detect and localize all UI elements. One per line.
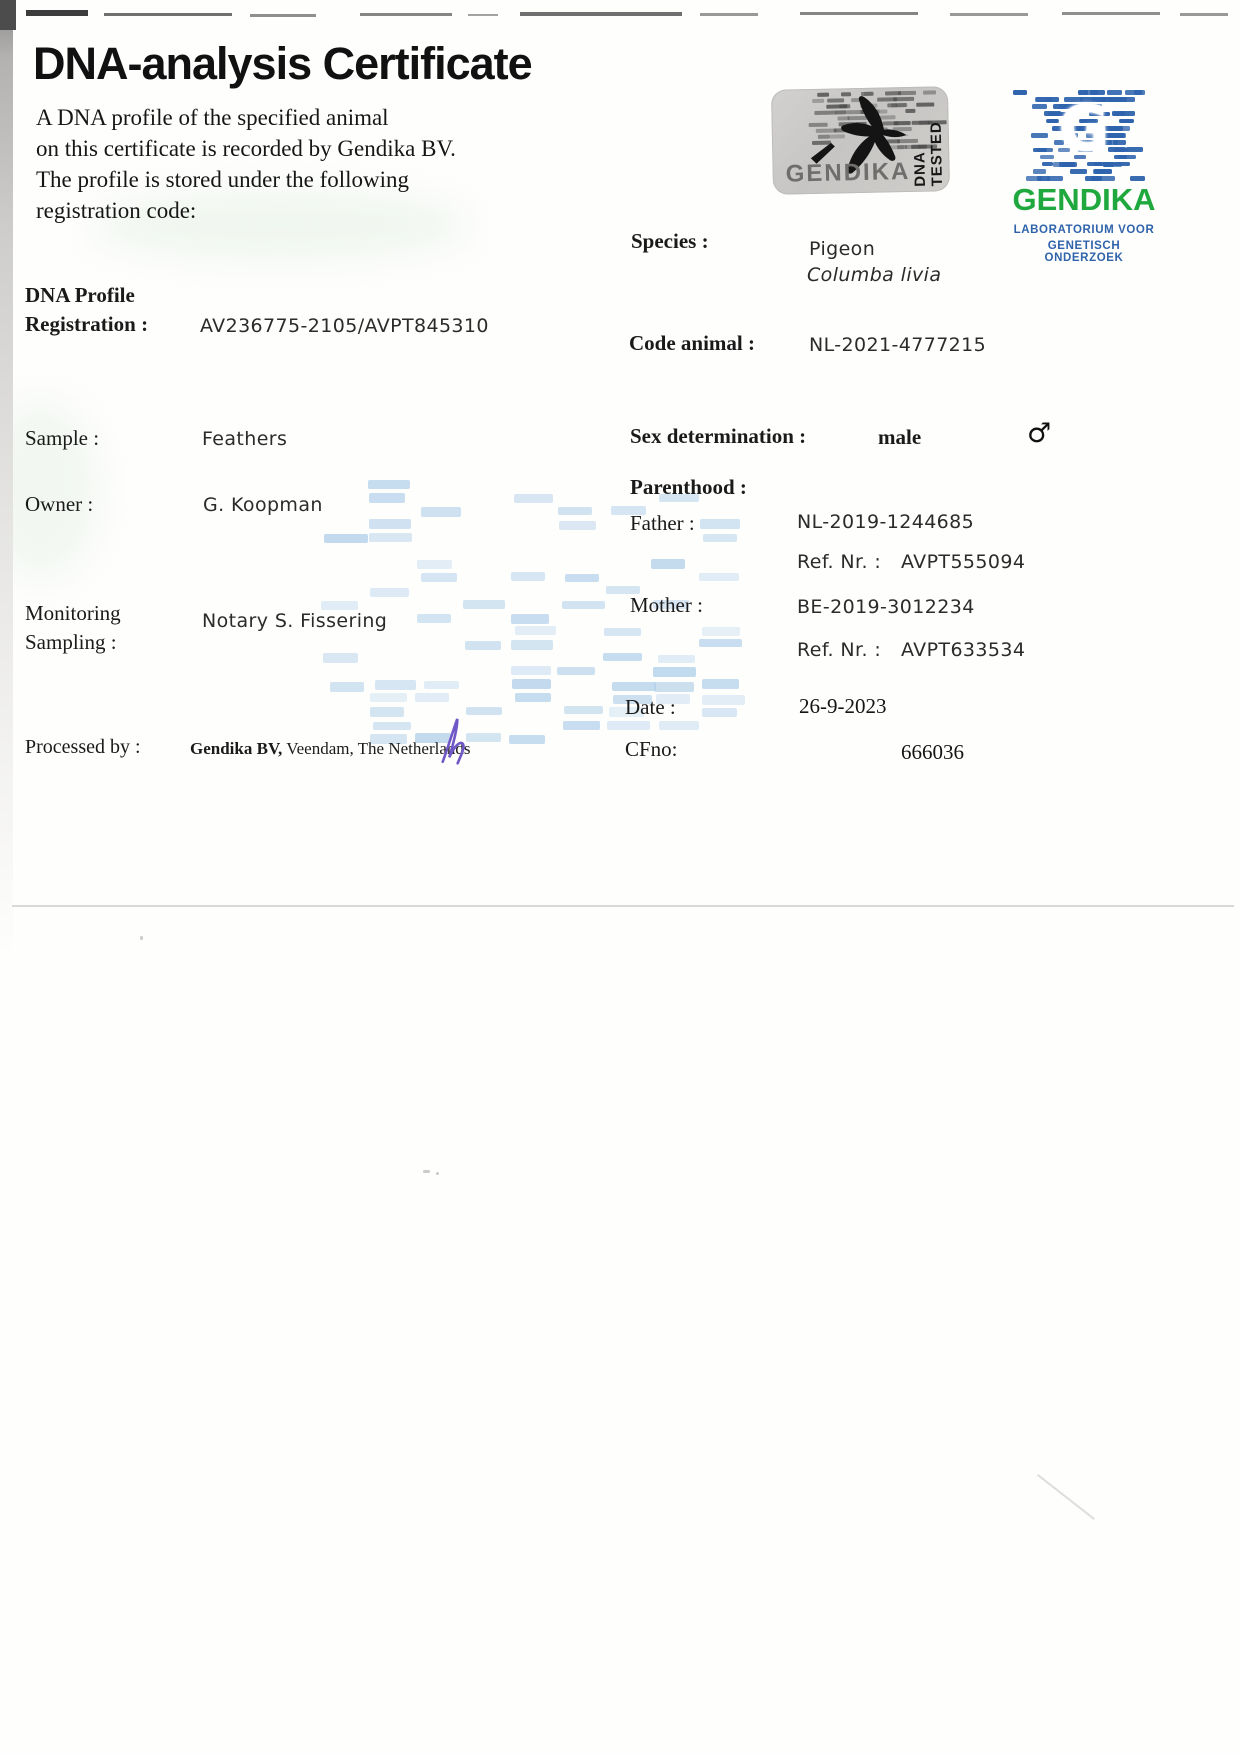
sex-determination-value: male — [878, 425, 921, 450]
father-ref-label: Ref. Nr. : — [797, 551, 881, 573]
scan-speck — [140, 936, 143, 940]
species-value: Pigeon — [809, 238, 875, 260]
code-animal-label: Code animal : — [629, 331, 755, 356]
dna-tested-stamp: GENDIKA DNA TESTED — [771, 86, 950, 195]
page-title: DNA-analysis Certificate — [33, 38, 532, 90]
date-label: Date : — [625, 695, 676, 720]
processed-by-company: Gendika BV, — [190, 739, 282, 758]
mother-ref-label: Ref. Nr. : — [797, 639, 881, 661]
stamp-brand-text: GENDIKA — [785, 158, 910, 189]
registration-label-line2: Registration : — [25, 312, 148, 337]
scan-speck — [423, 1170, 430, 1173]
registration-label-line1: DNA Profile — [25, 283, 135, 308]
logo-brand-text: GENDIKA — [1008, 182, 1160, 218]
logo-subtitle-line1: LABORATORIUM VOOR — [1008, 224, 1160, 236]
species-latin-name: Columba livia — [807, 264, 941, 286]
cfno-label: CFno: — [625, 737, 678, 762]
cfno-value: 666036 — [901, 740, 964, 765]
species-label: Species : — [631, 229, 709, 254]
sample-label: Sample : — [25, 426, 99, 451]
signature-mark — [438, 715, 473, 768]
sample-value: Feathers — [202, 428, 287, 450]
mother-label: Mother : — [630, 593, 703, 618]
registration-value: AV236775-2105/AVPT845310 — [200, 315, 489, 337]
signature-icon — [438, 715, 473, 768]
scan-crease-mark — [1037, 1474, 1095, 1520]
processed-by-label: Processed by : — [25, 736, 141, 759]
owner-label: Owner : — [25, 492, 93, 517]
father-ref-value: AVPT555094 — [901, 551, 1025, 573]
sex-determination-label: Sex determination : — [630, 424, 806, 449]
gendika-logo: G GENDIKA LABORATORIUM VOOR GENETISCH ON… — [1008, 86, 1160, 258]
scan-horizontal-fold-line — [12, 905, 1234, 907]
monitoring-label-line1: Monitoring — [25, 601, 121, 626]
intro-paragraph: A DNA profile of the specified animal on… — [36, 102, 456, 226]
scan-corner-artifact — [0, 0, 16, 30]
male-symbol-icon: ♂ — [1027, 418, 1051, 449]
scan-left-edge-shadow — [0, 0, 13, 960]
owner-value: G. Koopman — [203, 494, 323, 516]
code-animal-value: NL-2021-4777215 — [809, 334, 986, 356]
monitoring-value: Notary S. Fissering — [202, 610, 387, 632]
logo-subtitle-line2: GENETISCH ONDERZOEK — [1008, 240, 1160, 264]
processed-by-value: Gendika BV, Veendam, The Netherlands — [190, 739, 471, 759]
stamp-dna-tested-text: DNA TESTED — [910, 90, 946, 187]
date-value: 26-9-2023 — [799, 694, 887, 719]
mother-ref-value: AVPT633534 — [901, 639, 1025, 661]
father-label: Father : — [630, 511, 695, 536]
parenthood-label: Parenthood : — [630, 475, 747, 500]
monitoring-label-line2: Sampling : — [25, 630, 117, 655]
logo-letter-g: G — [1008, 92, 1160, 165]
mother-value: BE-2019-3012234 — [797, 596, 975, 618]
scan-speck — [436, 1172, 439, 1175]
father-value: NL-2019-1244685 — [797, 511, 974, 533]
